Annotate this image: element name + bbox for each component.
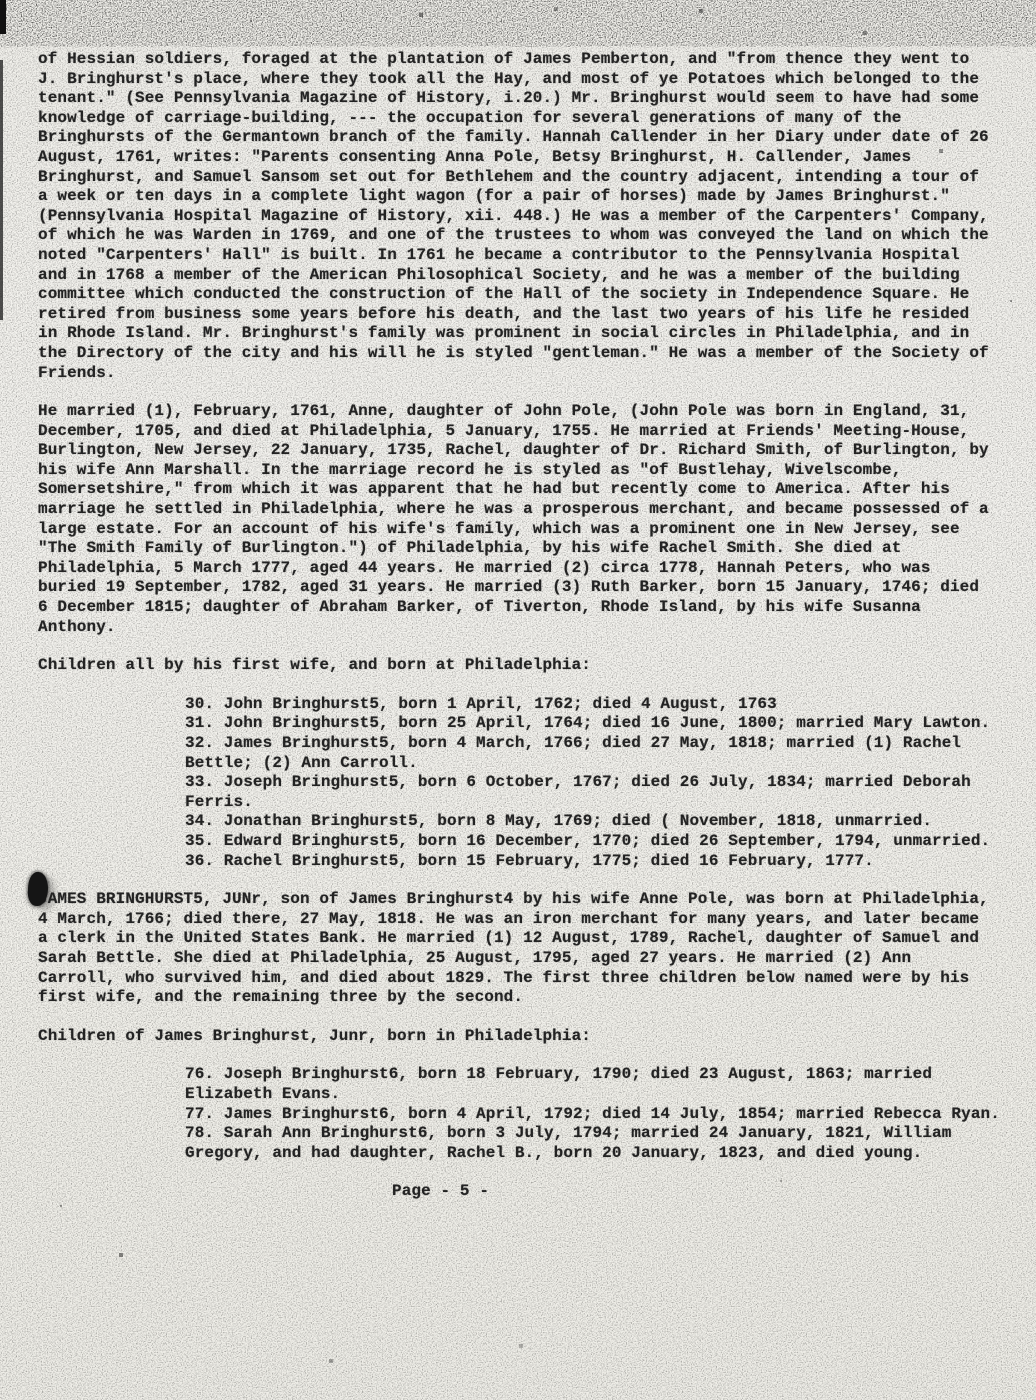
child-entry: 36. Rachel Bringhurst5, born 15 February… (185, 852, 1005, 872)
child-entry: 32. James Bringhurst5, born 4 March, 176… (185, 734, 1005, 773)
scanned-document-page: of Hessian soldiers, foraged at the plan… (0, 0, 1036, 1400)
scan-edge-line (0, 60, 3, 320)
children-list-first-wife: 30. John Bringhurst5, born 1 April, 1762… (185, 695, 1005, 871)
typewritten-content: of Hessian soldiers, foraged at the plan… (38, 50, 994, 1202)
page-number: Page - 5 - (38, 1182, 994, 1202)
children-header-james-junr: Children of James Bringhurst, Junr, born… (38, 1027, 994, 1047)
paragraph-marriages: He married (1), February, 1761, Anne, da… (38, 402, 994, 637)
paragraph-hessian-soldiers: of Hessian soldiers, foraged at the plan… (38, 50, 994, 383)
child-entry: 30. John Bringhurst5, born 1 April, 1762… (185, 695, 1005, 715)
children-list-james-junr: 76. Joseph Bringhurst6, born 18 February… (185, 1065, 1005, 1163)
child-entry: 77. James Bringhurst6, born 4 April, 179… (185, 1105, 1005, 1125)
child-entry: 31. John Bringhurst5, born 25 April, 176… (185, 714, 1005, 734)
child-entry: 78. Sarah Ann Bringhurst6, born 3 July, … (185, 1124, 1005, 1163)
child-entry: 76. Joseph Bringhurst6, born 18 February… (185, 1065, 1005, 1104)
child-entry: 34. Jonathan Bringhurst5, born 8 May, 17… (185, 812, 1005, 832)
child-entry: 35. Edward Bringhurst5, born 16 December… (185, 832, 1005, 852)
children-header-first-wife: Children all by his first wife, and born… (38, 656, 994, 676)
child-entry: 33. Joseph Bringhurst5, born 6 October, … (185, 773, 1005, 812)
scan-edge-artifact (0, 0, 6, 34)
paragraph-james-bringhurst-junr: JAMES BRINGHURST5, JUNr, son of James Br… (38, 890, 994, 1008)
